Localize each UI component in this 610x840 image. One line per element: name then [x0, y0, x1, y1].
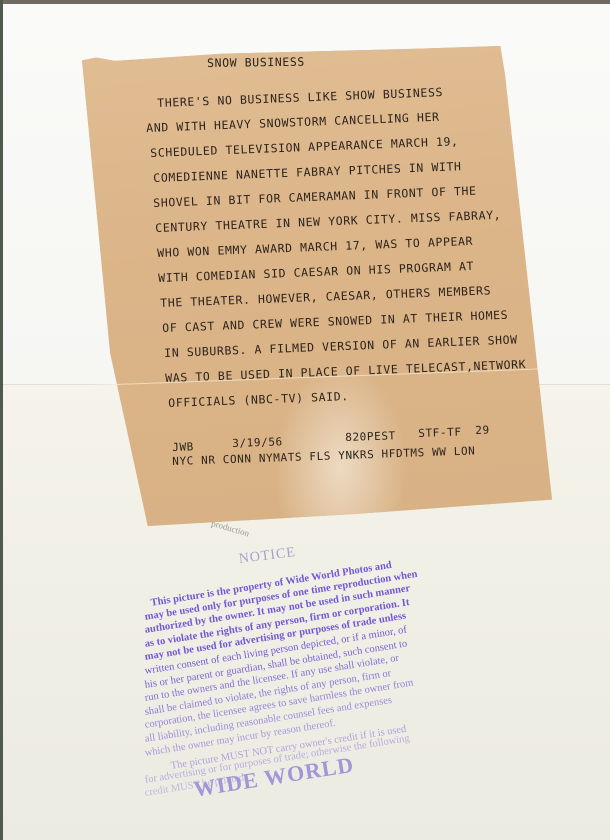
caption-footer-date: 3/19/56: [232, 435, 283, 450]
caption-footer-code: STF-TF: [418, 425, 462, 440]
caption-footer-number: 29: [475, 423, 490, 436]
caption-footer-time: 820PEST: [345, 429, 396, 444]
caption-headline: SNOW BUSINESS: [207, 55, 305, 70]
photo-border-left: [0, 0, 3, 840]
caption-footer-initials: JWB: [172, 440, 194, 454]
